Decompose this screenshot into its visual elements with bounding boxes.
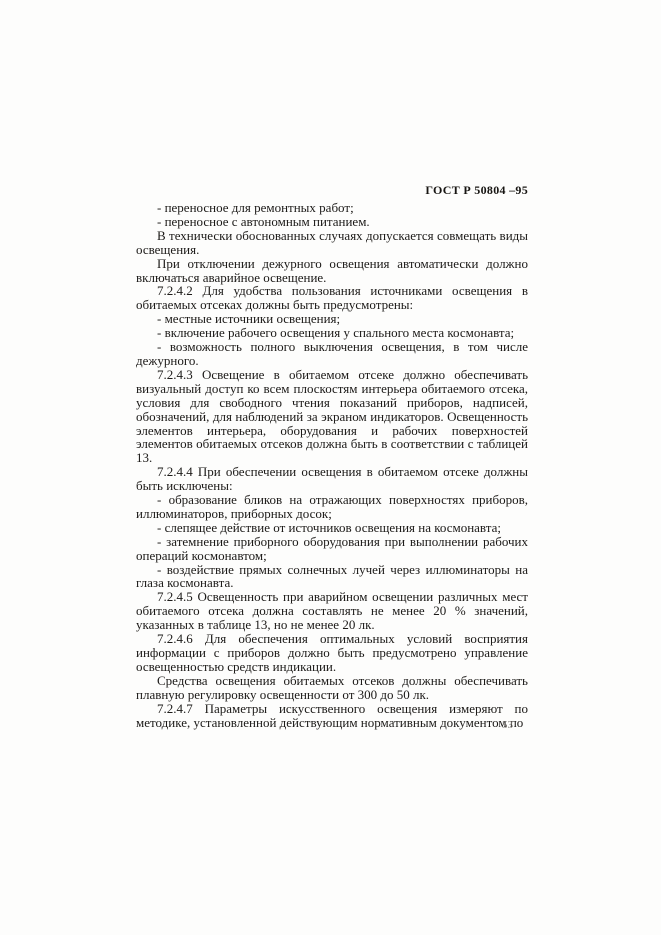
clause-7-2-4-5: 7.2.4.5 Освещенность при аварийном освещ… bbox=[136, 590, 528, 632]
list-item: - слепящее действие от источников освеще… bbox=[136, 521, 528, 535]
list-item: - затемнение приборного оборудования при… bbox=[136, 535, 528, 563]
list-item: - включение рабочего освещения у спально… bbox=[136, 326, 528, 340]
clause-7-2-4-2: 7.2.4.2 Для удобства пользования источни… bbox=[136, 284, 528, 312]
list-item: - местные источники освещения; bbox=[136, 312, 528, 326]
clause-7-2-4-6: 7.2.4.6 Для обеспечения оптимальных усло… bbox=[136, 632, 528, 674]
page-number: 53 bbox=[502, 719, 513, 731]
list-item: - воздействие прямых солнечных лучей чер… bbox=[136, 563, 528, 591]
list-item: - возможность полного выключения освещен… bbox=[136, 340, 528, 368]
document-body-text: - переносное для ремонтных работ; - пере… bbox=[136, 201, 528, 729]
paragraph: В технически обоснованных случаях допуск… bbox=[136, 229, 528, 257]
paragraph: Средства освещения обитаемых отсеков дол… bbox=[136, 674, 528, 702]
list-item: - переносное для ремонтных работ; bbox=[136, 201, 528, 215]
clause-7-2-4-3: 7.2.4.3 Освещение в обитаемом отсеке дол… bbox=[136, 368, 528, 465]
standard-reference-header: ГОСТ Р 50804 –95 bbox=[136, 183, 528, 198]
clause-7-2-4-4: 7.2.4.4 При обеспечении освещения в обит… bbox=[136, 465, 528, 493]
clause-7-2-4-7: 7.2.4.7 Параметры искусственного освещен… bbox=[136, 702, 528, 730]
paragraph: При отключении дежурного освещения автом… bbox=[136, 257, 528, 285]
list-item: - образование бликов на отражающих повер… bbox=[136, 493, 528, 521]
list-item: - переносное с автономным питанием. bbox=[136, 215, 528, 229]
document-page: ГОСТ Р 50804 –95 - переносное для ремонт… bbox=[0, 0, 661, 935]
